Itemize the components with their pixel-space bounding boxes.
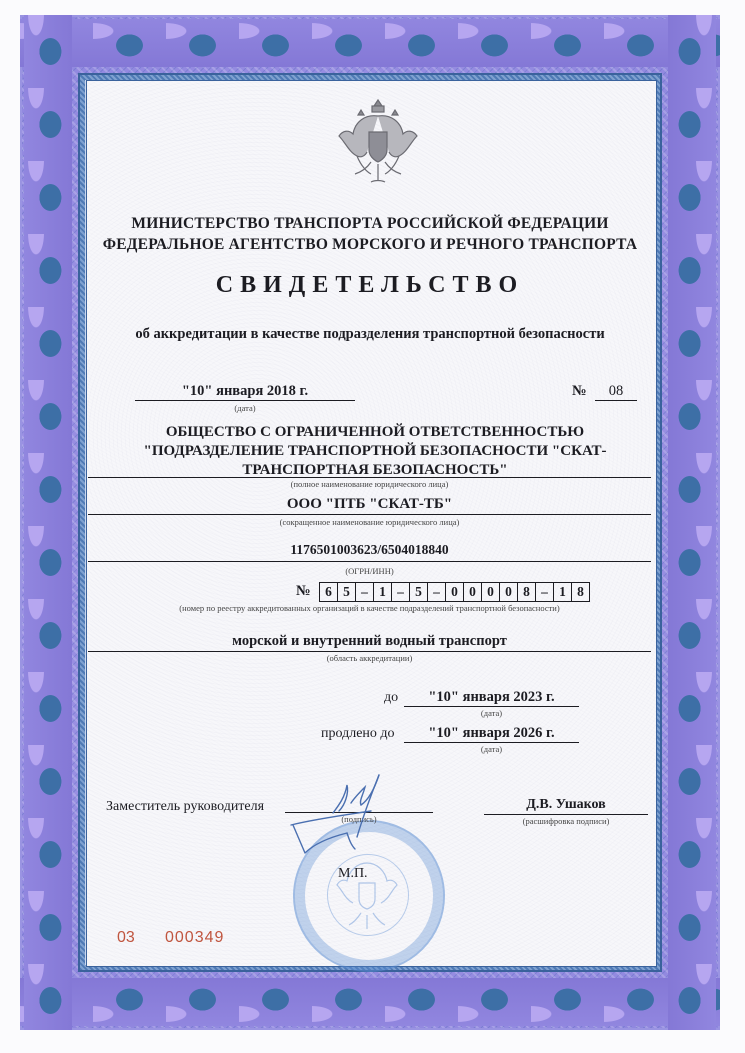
registry-char-box: 5 — [338, 583, 356, 601]
registry-char-box: 0 — [482, 583, 500, 601]
ministry-name: МИНИСТЕРСТВО ТРАНСПОРТА РОССИЙСКОЙ ФЕДЕР… — [100, 215, 640, 233]
certificate-number: 08 — [595, 383, 637, 400]
document-title: СВИДЕТЕЛЬСТВО — [120, 272, 620, 299]
accreditation-scope: морской и внутренний водный транспорт — [88, 633, 651, 650]
ogrn-inn-line — [88, 561, 651, 562]
registry-char-box: 0 — [464, 583, 482, 601]
registry-number-label: № — [296, 583, 311, 600]
issue-date-hint: (дата) — [135, 403, 355, 413]
valid-until-line — [404, 706, 579, 707]
registry-char-box: – — [392, 583, 410, 601]
certificate-number-line — [595, 400, 637, 401]
coat-of-arms-icon — [335, 96, 421, 192]
registry-char-box: – — [428, 583, 446, 601]
signer-name-line — [484, 814, 648, 815]
border-ornament-bottom — [20, 978, 720, 1026]
ogrn-inn-hint: (ОГРН/ИНН) — [88, 566, 651, 576]
valid-until-hint: (дата) — [404, 708, 579, 718]
signer-name: Д.В. Ушаков — [484, 797, 648, 813]
issue-date: "10" января 2018 г. — [135, 383, 355, 400]
issue-date-line — [135, 400, 355, 401]
short-name-hint: (сокращенное наименование юридического л… — [88, 517, 651, 527]
certificate-number-label: № — [572, 383, 587, 400]
full-organization-name: ОБЩЕСТВО С ОГРАНИЧЕННОЙ ОТВЕТСТВЕННОСТЬЮ… — [120, 423, 630, 480]
extended-until-hint: (дата) — [404, 744, 579, 754]
short-name-line — [88, 514, 651, 515]
ogrn-inn: 1176501003623/6504018840 — [88, 542, 651, 558]
registry-char-box: 5 — [410, 583, 428, 601]
registry-char-box: – — [536, 583, 554, 601]
registry-char-box: – — [356, 583, 374, 601]
registry-char-box: 6 — [320, 583, 338, 601]
registry-char-box: 0 — [500, 583, 518, 601]
valid-until-label: до — [384, 690, 398, 706]
registry-number-hint: (номер по реестру аккредитованных органи… — [88, 603, 651, 613]
border-ornament-top — [20, 19, 720, 67]
blank-serial-number: 000349 — [165, 929, 224, 947]
valid-until-date: "10" января 2023 г. — [404, 689, 579, 706]
document-subtitle: об аккредитации в качестве подразделения… — [110, 326, 630, 343]
border-ornament-right — [668, 15, 716, 1030]
border-ornament-left — [24, 15, 72, 1030]
full-name-line-2: "ПОДРАЗДЕЛЕНИЕ ТРАНСПОРТНОЙ БЕЗОПАСНОСТИ… — [120, 442, 630, 461]
signer-name-hint: (расшифровка подписи) — [484, 816, 648, 826]
registry-char-box: 1 — [554, 583, 572, 601]
registry-number-boxes: 65–1–5–00008–18 — [319, 582, 590, 602]
short-organization-name: ООО "ПТБ "СКАТ-ТБ" — [88, 496, 651, 513]
scope-hint: (область аккредитации) — [88, 653, 651, 663]
registry-char-box: 8 — [572, 583, 589, 601]
extended-until-label: продлено до — [321, 726, 395, 742]
full-name-hint: (полное наименование юридического лица) — [88, 479, 651, 489]
handwritten-signature — [275, 765, 415, 885]
extended-until-date: "10" января 2026 г. — [404, 725, 579, 742]
scope-line — [88, 651, 651, 652]
full-name-line — [88, 477, 651, 478]
extended-until-line — [404, 742, 579, 743]
registry-char-box: 0 — [446, 583, 464, 601]
signer-position: Заместитель руководителя — [106, 799, 264, 815]
blank-series: 03 — [117, 929, 135, 947]
registry-char-box: 1 — [374, 583, 392, 601]
registry-char-box: 8 — [518, 583, 536, 601]
agency-name: ФЕДЕРАЛЬНОЕ АГЕНТСТВО МОРСКОГО И РЕЧНОГО… — [100, 236, 640, 254]
full-name-line-1: ОБЩЕСТВО С ОГРАНИЧЕННОЙ ОТВЕТСТВЕННОСТЬЮ — [120, 423, 630, 442]
